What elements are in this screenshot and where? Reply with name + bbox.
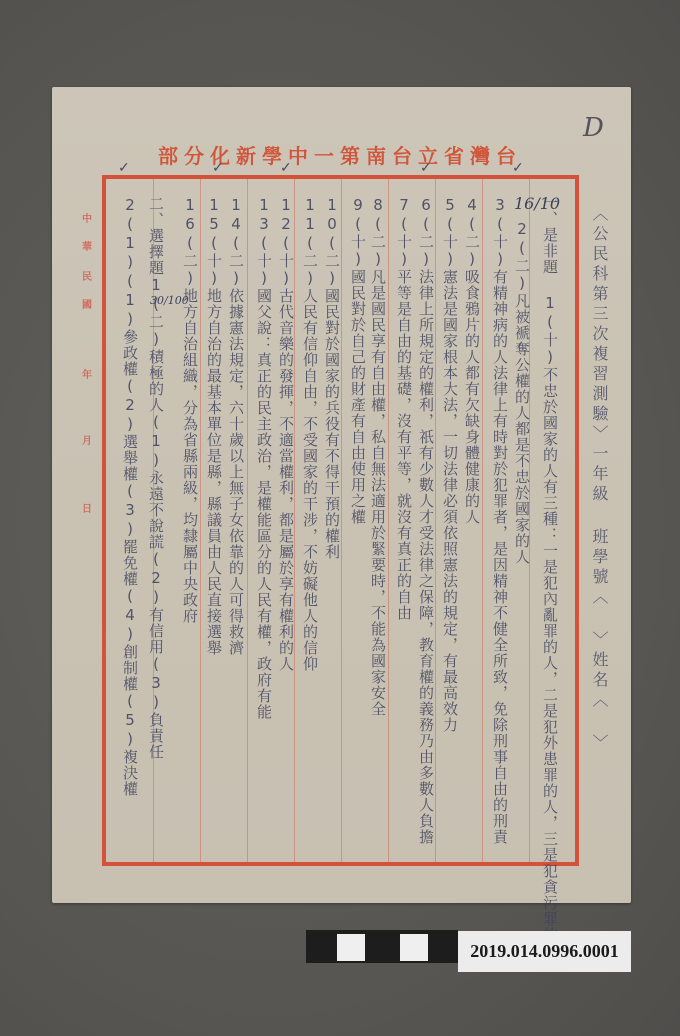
date-label: 國 — [82, 296, 92, 311]
check-mark-icon: ✓ — [280, 160, 292, 176]
question-item: 7(十)平等是自由的基礎，沒有平等，就沒有真正的自由 — [394, 196, 414, 616]
ruling-line — [200, 179, 201, 862]
check-mark-icon: ✓ — [212, 160, 224, 176]
date-label: 年 — [82, 366, 92, 381]
question-item: 16(二)地方自治組織，分為省縣兩級，均隸屬中央政府 — [180, 196, 200, 696]
ruling-line — [482, 179, 483, 862]
color-scale-bar — [306, 930, 458, 963]
ruling-line — [247, 179, 248, 862]
header-note: 〈公民科第三次複習測驗〉一年級 班學號〈 〉姓名〈 〉 — [588, 205, 611, 754]
accession-number-label: 2019.014.0996.0001 — [458, 931, 631, 972]
question-item: 2(1)(1)參政權(2)選舉權(3)罷免權(4)創制權(5)複決權 — [120, 196, 140, 696]
question-item: 二、選擇題1(二)積極的人(1)永遠不說謊(2)有信用(3)負責任 — [146, 196, 166, 886]
question-item: 15(十)地方自治的最基本單位是縣，縣議員由人民直接選舉 — [204, 196, 224, 656]
question-item: 11(二)人民有信仰自由，不受國家的干涉，不妨礙他人的信仰 — [300, 196, 320, 596]
question-item: 12(十)古代音樂的發揮，不適當權利，都是屬於享有權利的人 — [276, 196, 296, 876]
date-label: 月 — [82, 432, 92, 447]
question-item: 3(十)有精神病的人法律上有時對於犯罪者，是因精神不健全所致，免除刑事自由的刑責 — [490, 196, 510, 896]
date-label: 日 — [82, 500, 92, 515]
question-item: 一、是非題 1(十)不忠於國家的人有三種：一是犯內亂罪的人，二是犯外患罪的人，三… — [540, 195, 560, 855]
question-item: 5(十)憲法是國家根本大法，一切法律必須依照憲法的規定，有最高效力 — [440, 196, 460, 836]
check-mark-icon: ✓ — [512, 160, 524, 176]
question-item: 4(二)吸食鴉片的人都有欠缺身體健康的人 — [462, 196, 482, 696]
scale-segment-white — [337, 934, 365, 961]
question-item: 13(十)國父說：真正的民主政治，是權能區分的人民有權，政府有能 — [254, 196, 274, 646]
question-item: 9(十)國民對於自己的財產有自由使用之權 — [348, 196, 368, 596]
scale-segment-white — [400, 934, 428, 961]
check-mark-icon: ✓ — [118, 160, 130, 176]
question-item: 8(二)凡是國民享有自由權，私自無法適用於緊要時，不能為國家安全 — [368, 196, 388, 716]
check-mark-icon: ✓ — [420, 160, 432, 176]
date-label: 民 — [82, 268, 92, 283]
question-item: 14(二)依據憲法規定，六十歲以上無子女依靠的人可得救濟 — [226, 196, 246, 656]
corner-mark: D — [583, 113, 609, 145]
letterhead-title: 部分化新學中一第南台立省灣台 — [155, 140, 525, 169]
question-item: 6(二)法律上所規定的權利，祇有少數人才受法律之保障，教育權的義務乃由多數人負擔 — [416, 196, 436, 796]
question-item: 2(二)凡被褫奪公權的人都是不忠於國家的人 — [512, 220, 532, 860]
date-label: 中 — [82, 210, 92, 225]
date-label: 華 — [82, 238, 92, 253]
question-item: 10(二)國民對於國家的兵役有不得干預的權利 — [322, 196, 342, 576]
grade-mark: 16/10 — [514, 194, 560, 213]
ruling-line — [388, 179, 389, 862]
